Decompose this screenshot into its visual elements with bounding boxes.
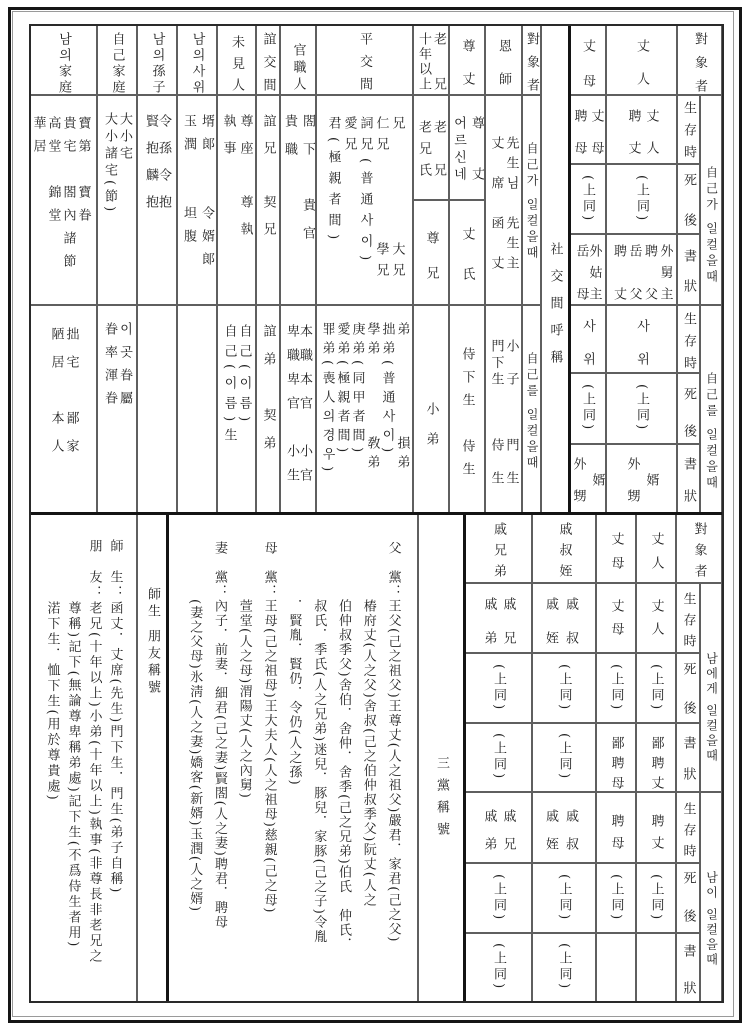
cell-text: 丈母 聘母 — [571, 109, 605, 164]
cell-text: 先生님 先生主 丈 席 函 丈 — [489, 136, 519, 276]
cell-text: 남의사위 — [190, 32, 205, 95]
cell-others-family-addressing: 寶第 寶眷 貴宅 閤內諸節 高堂 錦堂 華居 — [30, 95, 97, 305]
cell-own-family-addressing: 大小宅 大小諸宅(節) — [97, 95, 137, 305]
header-unmet-person: 未見人 — [217, 25, 256, 95]
cell-text: 小 子 門 生 門下生 侍 生 — [489, 339, 519, 488]
cell-teacher-self: 小 子 門 生 門下生 侍 生 — [485, 305, 522, 513]
cell-text: 自己家庭 — [110, 32, 125, 95]
cell-others-son-in-law-self — [177, 305, 217, 513]
lower-right-row5-condition: 死後 — [676, 863, 700, 933]
cell-text: (上同) — [491, 733, 506, 781]
cell-text: 外舅主 聘 父 岳 父 聘 丈 — [611, 244, 673, 305]
cell-text: (上同) — [609, 874, 624, 922]
cell-text: 三黨稱號 — [434, 756, 449, 844]
lower-right-row6-father — [636, 933, 676, 1002]
upper-right-row1-father: 丈人 聘丈 — [606, 95, 677, 164]
cell-text: 남의家庭 — [56, 32, 71, 95]
cell-peer-self: 弟 損弟 拙弟(普通사이) 學弟 敎弟 庚弟(同甲者間) 愛弟(極親者間) 罪弟… — [316, 305, 413, 513]
lower-right-row2-uncle-nephew: (上同) — [532, 653, 596, 723]
cell-text: (上同) — [634, 175, 649, 223]
cell-text: 自己를 일컬을때 — [523, 352, 540, 472]
cell-text: 生存時 — [681, 802, 696, 863]
lower-right-row1-father: 丈人 — [636, 583, 676, 653]
upper-right-header-father-in-law: 丈人 — [606, 25, 677, 95]
cell-text: 尊 丈 어르신네 — [449, 116, 485, 184]
cell-text: 婿 外 甥 — [569, 457, 606, 505]
cell-text: 大小宅 大小諸宅(節) — [102, 112, 132, 215]
cell-text: 鄙聘母 — [609, 736, 624, 792]
cell-text: 老 兄 老兄氏 — [416, 120, 446, 185]
cell-text: 生存時 — [681, 101, 696, 164]
cell-text: 師生 朋友稱號 — [145, 587, 160, 697]
lower-right-group-to-others: 남에게 일컬을때 — [700, 583, 722, 792]
cell-unmet-person-addressing: 尊座 尊執 執事 — [217, 95, 256, 305]
teacher-friend-label: 師生 朋友稱號 — [137, 513, 168, 1002]
lower-right-row5-siblings: (上同) — [465, 863, 532, 933]
cell-text: 戚兄弟 — [491, 522, 506, 583]
cell-others-family-self: 拙宅 鄙家 陋居 本人 — [30, 305, 97, 513]
cell-text: 生存時 — [681, 312, 696, 373]
cell-text: 兄 大兄 仁兄 學兄 詞兄(普通사이) 愛兄 君(極親者間) — [325, 116, 405, 284]
cell-text: 이곳眷屬 眷率渾眷 — [102, 322, 132, 414]
cell-respected-elder-addressing-lower: 丈氏 — [449, 200, 485, 305]
lower-right-row6-uncle-nephew: (上同) — [532, 933, 596, 1002]
cell-text: 對象者 — [524, 32, 539, 95]
cell-text: 丈人 聘丈 — [624, 109, 660, 164]
teacher-friend-content: 師 生：函丈．丈席(先生)門下生．門生(弟子自稱) 朋 友：老兄(十年以上)小弟… — [30, 513, 137, 1002]
upper-right-group-addressing: 自己가 일컬을때 — [700, 95, 722, 305]
cell-text: (上同) — [557, 943, 572, 991]
header-own-family: 自己家庭 — [97, 25, 137, 95]
cell-text: 自己가 일컬을때 — [523, 142, 540, 262]
cell-text: 本職本官 小官 卑職卑官 小生 — [285, 324, 311, 492]
cell-text: 戚兄 戚弟 — [480, 809, 518, 863]
cell-text: 平交間 — [357, 32, 372, 95]
cell-text: 尊座 尊執 執事 — [220, 114, 254, 249]
upper-right-row6-mother: 婿 外 甥 — [569, 444, 606, 513]
upper-right-row4-father: 사위 — [606, 305, 677, 373]
cell-text: 寶第 寶眷 貴宅 閤內諸節 高堂 錦堂 華居 — [31, 116, 91, 277]
cell-text: 남의孫子 — [150, 32, 165, 95]
cell-text: 聘丈 — [649, 814, 664, 858]
cell-text: 對象者 — [692, 32, 707, 95]
cell-text: 官職人 — [291, 43, 306, 94]
cell-text: 사위 — [580, 319, 595, 373]
lower-right-row2-siblings: (上同) — [465, 653, 532, 723]
cell-text: (上同) — [649, 664, 664, 712]
cell-text: 師 生：函丈．丈席(先生)門下生．門生(弟子自稱) 朋 友：老兄(十年以上)小弟… — [42, 539, 126, 964]
lower-right-row6-mother — [596, 933, 636, 1002]
cell-respected-elder-addressing: 尊 丈 어르신네 — [449, 95, 485, 200]
header-target: 對象者 — [522, 25, 541, 95]
cell-respected-elder-self: 侍下生 侍生 — [449, 305, 485, 513]
cell-text: 남이 일컬을때 — [703, 871, 720, 968]
cell-text: 侍下生 侍生 — [460, 347, 475, 485]
cell-text: (上同) — [491, 943, 506, 991]
cell-text: 自己가 일컬을때 — [703, 166, 720, 286]
cell-text: 壻郞 令婿郞 玉潤 坦腹 — [179, 114, 215, 275]
lower-right-header-cousin-uncle-nephew: 戚叔姪 — [532, 513, 596, 583]
lower-right-row5-uncle-nephew: (上同) — [532, 863, 596, 933]
lower-right-row3-father: 鄙聘丈 — [636, 723, 676, 792]
cell-text: 丈母 — [609, 532, 624, 580]
header-teacher: 恩師 — [485, 25, 522, 95]
lower-right-row3-condition: 書狀 — [676, 723, 700, 792]
header-others-grandson: 남의孫子 — [137, 25, 177, 95]
header-peer: 平交間 — [316, 25, 413, 95]
cell-text: 自己를 일컬을때 — [703, 372, 720, 492]
lower-right-row6-siblings: (上同) — [465, 933, 532, 1002]
lower-right-row2-father: (上同) — [636, 653, 676, 723]
cell-text: 死後 — [681, 173, 696, 234]
cell-others-son-in-law-addressing: 壻郞 令婿郞 玉潤 坦腹 — [177, 95, 217, 305]
cell-text: 丈母 — [609, 599, 624, 645]
cell-text: 社交間呼稱 — [548, 242, 563, 377]
cell-text: 誼弟 契弟 — [261, 324, 276, 464]
lower-right-row4-father: 聘丈 — [636, 792, 676, 863]
header-respected-elder: 尊丈 — [449, 25, 485, 95]
upper-right-group-self: 自己를 일컬을때 — [700, 305, 722, 513]
cell-text: (上同) — [491, 664, 506, 712]
cell-text: 丈人 — [649, 532, 664, 580]
three-clans-label: 三黨稱號 — [418, 513, 465, 1002]
cell-text: 死後 — [681, 387, 696, 444]
upper-right-row5-mother: (上同) — [569, 373, 606, 444]
cell-text: (上同) — [634, 384, 649, 432]
lower-right-header-cousin-siblings: 戚兄弟 — [465, 513, 532, 583]
cell-others-grandson-self — [137, 305, 177, 513]
upper-right-row1-mother: 丈母 聘母 — [569, 95, 606, 164]
lower-right-row1-mother: 丈母 — [596, 583, 636, 653]
cell-text: 사위 — [634, 319, 649, 373]
cell-text: (上同) — [557, 664, 572, 712]
cell-text: 婿 外 甥 — [623, 457, 661, 505]
lower-right-row1-uncle-nephew: 戚叔 戚姪 — [532, 583, 596, 653]
lower-right-group-by-others: 남이 일컬을때 — [700, 792, 722, 1002]
cell-text: (上同) — [557, 733, 572, 781]
cell-text: 남에게 일컬을때 — [703, 652, 720, 764]
lower-right-row2-mother: (上同) — [596, 653, 636, 723]
cell-official-addressing: 閤下 貴官 貴職 — [280, 95, 316, 305]
lower-right-row4-mother: 聘母 — [596, 792, 636, 863]
lower-right-row4-uncle-nephew: 戚叔 戚姪 — [532, 792, 596, 863]
cell-text: 老 兄 十年以上 — [416, 32, 446, 92]
upper-right-row2-father: (上同) — [606, 164, 677, 234]
lower-right-row4-siblings: 戚兄 戚弟 — [465, 792, 532, 863]
upper-right-row4-mother: 사위 — [569, 305, 606, 373]
cell-text: 弟 損弟 拙弟(普通사이) 學弟 敎弟 庚弟(同甲者間) 愛弟(極親者間) 罪弟… — [320, 322, 410, 477]
upper-right-row3-condition: 書狀 — [677, 234, 700, 305]
header-others-family: 남의家庭 — [30, 25, 97, 95]
cell-text: 丈人 — [634, 39, 649, 95]
cell-text: 丈母 — [580, 39, 595, 95]
upper-right-row5-father: (上同) — [606, 373, 677, 444]
cell-text: 閤下 貴官 貴職 — [280, 114, 316, 254]
cell-others-grandson-addressing: 令孫令抱 賢抱麟抱 — [137, 95, 177, 305]
lower-right-row5-mother: (上同) — [596, 863, 636, 933]
header-close-friend: 誼交間 — [256, 25, 280, 95]
upper-right-row3-mother: 外姑主 岳 母 — [569, 234, 606, 305]
cell-text: 書狀 — [681, 944, 696, 1002]
lower-right-row4-condition: 生存時 — [676, 792, 700, 863]
cell-text: 誼兄 契兄 — [261, 114, 276, 249]
upper-right-row1-condition: 生存時 — [677, 95, 700, 164]
cell-text: 戚叔 戚姪 — [540, 597, 580, 653]
upper-right-header-mother-in-law: 丈母 — [569, 25, 606, 95]
lower-right-row3-mother: 鄙聘母 — [596, 723, 636, 792]
cell-close-friend-addressing: 誼兄 契兄 — [256, 95, 280, 305]
upper-right-row5-condition: 死後 — [677, 373, 700, 444]
honorifics-table: 남의家庭 自己家庭 남의孫子 남의사위 未見人 誼交間 官職人 平交間 老 兄 … — [0, 0, 754, 1034]
cell-text: 自己(이름) 自己(이름)生 — [222, 324, 252, 448]
cell-text: 聘母 — [609, 814, 624, 858]
cell-text: 戚兄 戚弟 — [480, 597, 518, 653]
cell-text: 小弟 — [424, 402, 439, 462]
cell-peer-addressing: 兄 大兄 仁兄 學兄 詞兄(普通사이) 愛兄 君(極親者間) — [316, 95, 413, 305]
cell-text: 外姑主 岳 母 — [575, 244, 601, 305]
cell-text: 父 黨：王父(己之祖父)王尊丈(人之祖父)嚴君．家君(己之父) 椿府丈(人之父)… — [181, 541, 404, 952]
cell-close-friend-self: 誼弟 契弟 — [256, 305, 280, 513]
upper-right-row3-father: 外舅主 聘 父 岳 父 聘 丈 — [606, 234, 677, 305]
cell-target-addressing: 自己가 일컬을때 — [522, 95, 541, 305]
lower-right-header-target: 對象者 — [676, 513, 722, 583]
upper-right-row6-condition: 書狀 — [677, 444, 700, 513]
cell-text: 鄙聘丈 — [649, 736, 664, 792]
cell-text: 對象者 — [692, 522, 707, 583]
cell-text: 誼交間 — [261, 32, 276, 95]
cell-text: 未見人 — [229, 35, 244, 95]
cell-unmet-person-self: 自己(이름) 自己(이름)生 — [217, 305, 256, 513]
social-honorifics-label: 社交間呼稱 — [541, 25, 569, 513]
cell-elder-senior-self: 小弟 — [413, 305, 449, 513]
cell-text: (上同) — [557, 874, 572, 922]
cell-elder-senior-addressing-lower: 尊兄 — [413, 200, 449, 305]
cell-text: 書狀 — [681, 249, 696, 305]
cell-text: (上同) — [609, 664, 624, 712]
cell-text: 令孫令抱 賢抱麟抱 — [144, 114, 170, 222]
cell-text: 戚叔 戚姪 — [540, 809, 580, 863]
header-others-son-in-law: 남의사위 — [177, 25, 217, 95]
lower-right-row6-condition: 書狀 — [676, 933, 700, 1002]
cell-text: 尊兄 — [424, 231, 439, 301]
cell-teacher-addressing: 先生님 先生主 丈 席 函 丈 — [485, 95, 522, 305]
cell-text: 丈氏 — [460, 227, 475, 305]
header-official: 官職人 — [280, 25, 316, 95]
lower-right-header-father-in-law: 丈人 — [636, 513, 676, 583]
lower-right-row3-siblings: (上同) — [465, 723, 532, 792]
cell-text: (上同) — [580, 175, 595, 223]
cell-text: 恩師 — [496, 39, 511, 95]
cell-text: (上同) — [491, 874, 506, 922]
cell-text: 戚叔姪 — [557, 522, 572, 583]
upper-right-row2-condition: 死後 — [677, 164, 700, 234]
lower-right-row3-uncle-nephew: (上同) — [532, 723, 596, 792]
cell-text: 書狀 — [681, 736, 696, 792]
cell-text: (上同) — [580, 384, 595, 432]
upper-right-row2-mother: (上同) — [569, 164, 606, 234]
cell-text: 尊丈 — [460, 39, 475, 95]
cell-text: 書狀 — [681, 457, 696, 513]
lower-right-row5-father: (上同) — [636, 863, 676, 933]
cell-official-self: 本職本官 小官 卑職卑官 小生 — [280, 305, 316, 513]
cell-text: 拙宅 鄙家 陋居 本人 — [49, 327, 79, 467]
cell-text: 生存時 — [681, 592, 696, 653]
lower-right-row1-condition: 生存時 — [676, 583, 700, 653]
cell-target-self: 自己를 일컬을때 — [522, 305, 541, 513]
lower-right-row1-siblings: 戚兄 戚弟 — [465, 583, 532, 653]
cell-text: 死後 — [681, 662, 696, 723]
lower-right-header-mother-in-law: 丈母 — [596, 513, 636, 583]
three-clans-content: 父 黨：王父(己之祖父)王尊丈(人之祖父)嚴君．家君(己之父) 椿府丈(人之父)… — [168, 513, 418, 1002]
lower-right-row2-condition: 死後 — [676, 653, 700, 723]
upper-right-row4-condition: 生存時 — [677, 305, 700, 373]
upper-right-header-target: 對象者 — [677, 25, 722, 95]
cell-text: 丈人 — [649, 599, 664, 645]
cell-text: 死後 — [681, 871, 696, 933]
cell-elder-senior-addressing: 老 兄 老兄氏 — [413, 95, 449, 200]
header-elder-senior: 老 兄 十年以上 — [413, 25, 449, 95]
upper-right-row6-father: 婿 外 甥 — [606, 444, 677, 513]
cell-own-family-self: 이곳眷屬 眷率渾眷 — [97, 305, 137, 513]
cell-text: (上同) — [649, 874, 664, 922]
